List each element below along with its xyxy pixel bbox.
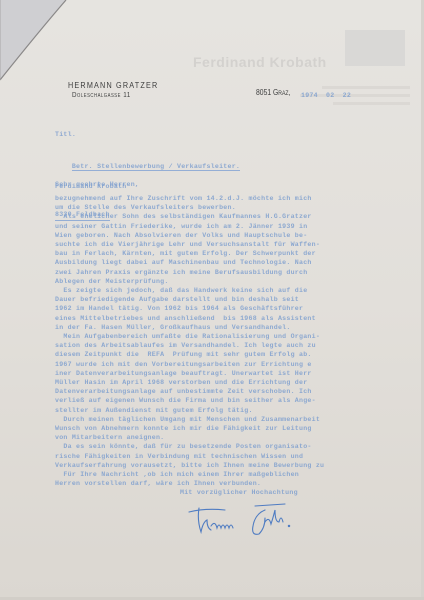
body-line: iner Datenverarbeitungsanlage beauftragt… [55, 369, 324, 378]
body-line: und seiner Gattin Friederike, wurde ich … [55, 222, 324, 231]
body-line: Mein Aufgabenbereich umfaßte die Rationa… [55, 332, 324, 341]
sender-street: Doleschalgasse 11 [72, 90, 159, 99]
body-line: Ausbildung liegt dabei auf Maschinenbau … [55, 258, 324, 267]
body-line: Durch meinen täglichen Umgang mit Mensch… [55, 415, 324, 424]
body-line: Ablegen der Meisterprüfung. [55, 277, 324, 286]
body-line: bezugnehmend auf Ihre Zuschrift vom 14.2… [55, 194, 324, 203]
body-line: um die Stelle des Verkaufsleiters bewerb… [55, 203, 324, 212]
closing-phrase: Mit vorzüglicher Hochachtung [180, 489, 298, 496]
body-line: suchte ich die Vierjährige Lehr und Vers… [55, 240, 324, 249]
body-line: 1962 im Handel tätig. Von 1962 bis 1964 … [55, 304, 324, 313]
body-line: Wien geboren. Nach Absolvieren der Volks… [55, 231, 324, 240]
body-line: zwei Jahren Praxis ergänzte ich meine Be… [55, 268, 324, 277]
body-line: von Mitarbeitern aneignen. [55, 433, 324, 442]
body-line: eines Mittelbetriebes und anschließend b… [55, 314, 324, 323]
letter-page: Ferdinand Krobath HERMANN GRATZER Dolesc… [0, 0, 424, 600]
body-line: in der Fa. Hasen Müller, Großkaufhaus un… [55, 323, 324, 332]
body-line: Verkaufserfahrung vorausetzt, bitte ich … [55, 461, 324, 470]
body-line: diesem Zeitpunkt die REFA Prüfung mit se… [55, 350, 324, 359]
handwritten-signature [185, 500, 305, 540]
letter-date: 1974 02 22 [301, 92, 351, 99]
body-line: Für Ihre Nachricht ,ob ich mich einem Ih… [55, 470, 324, 479]
body-line: Dauer befriedigende Aufgabe darstellt un… [55, 295, 324, 304]
body-line: rische Fähigkeiten in Verbindung mit tec… [55, 452, 324, 461]
body-line: Müller Hasin im April 1968 verstorben un… [55, 378, 324, 387]
subject-line: Betr. Stellenbewerbung / Verkaufsleiter. [55, 156, 240, 178]
body-line: sation des Arbeitsablaufes im Versandhan… [55, 341, 324, 350]
body-line: Es zeigte sich jedoch, daß das Handwerk … [55, 286, 324, 295]
folded-corner [0, 0, 70, 82]
body-line: 1967 wurde ich mit den Vorbereitungsarbe… [55, 360, 324, 369]
body-line: Datenverarbeitungsanlage auf unbestimmte… [55, 387, 324, 396]
body-line: stellter im Außendienst mit gutem Erfolg… [55, 406, 324, 415]
letterhead-ghost-company: Ferdinand Krobath [193, 54, 327, 70]
salutation: Sehr geehrte Herren, [55, 181, 139, 188]
recipient-title: Titl. [55, 130, 127, 140]
sender-block: HERMANN GRATZER Doleschalgasse 11 [68, 81, 174, 99]
sender-name: HERMANN GRATZER [68, 81, 158, 90]
body-line: Als ehelicher Sohn des selbständigen Kau… [55, 212, 324, 221]
body-line: bau in Ferlach, Kärnten, mit gutem Erfol… [55, 249, 324, 258]
body-line: Da es sein könnte, daß für zu besetzende… [55, 442, 324, 451]
body-line: verließ auf eigenen Wunsch die Firma und… [55, 396, 324, 405]
place-label: 8051 Graz, [256, 88, 290, 97]
subject-text: Betr. Stellenbewerbung / Verkaufsleiter. [72, 163, 240, 171]
body-line: Wunsch von Abnehmern konnte ich mir die … [55, 424, 324, 433]
body-line: Herren vorstellen darf, wäre ich Ihnen v… [55, 479, 324, 488]
letterhead-ghost-logo [345, 30, 405, 66]
letter-body: bezugnehmend auf Ihre Zuschrift vom 14.2… [55, 194, 324, 489]
